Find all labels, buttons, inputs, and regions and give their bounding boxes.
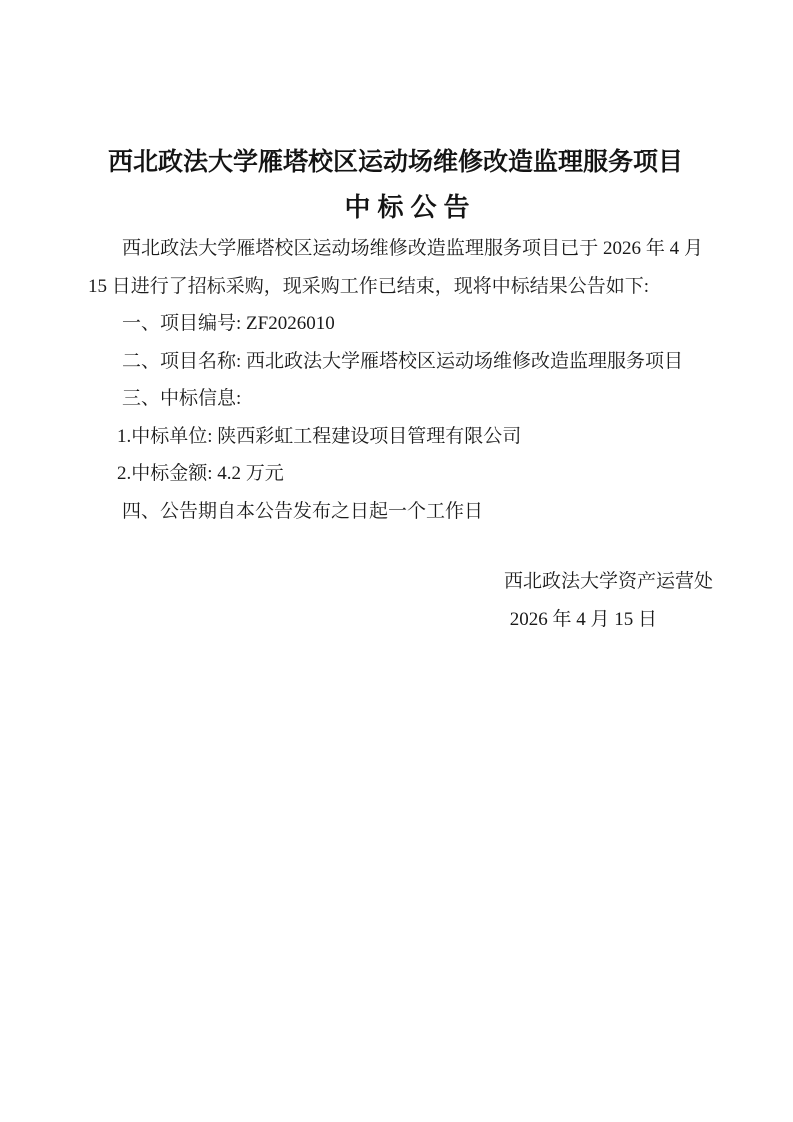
item-award-supplier: 1.中标单位: 陕西彩虹工程建设项目管理有限公司 <box>88 418 703 456</box>
signature-block: 西北政法大学资产运营处 2026 年 4 月 15 日 <box>88 563 713 638</box>
item-award-info-heading: 三、中标信息: <box>88 380 703 418</box>
signature-organization: 西北政法大学资产运营处 <box>88 563 713 601</box>
item-project-number: 一、项目编号: ZF2026010 <box>88 305 703 343</box>
document-page: 西北政法大学雁塔校区运动场维修改造监理服务项目 中标公告 西北政法大学雁塔校区运… <box>0 0 793 1122</box>
document-title: 西北政法大学雁塔校区运动场维修改造监理服务项目 中标公告 <box>88 140 703 230</box>
document-body: 西北政法大学雁塔校区运动场维修改造监理服务项目已于 2026 年 4 月 15 … <box>88 230 703 638</box>
title-line-2: 中标公告 <box>118 185 703 230</box>
intro-paragraph-line-1: 西北政法大学雁塔校区运动场维修改造监理服务项目已于 2026 年 4 月 <box>88 230 703 268</box>
document-content: 西北政法大学雁塔校区运动场维修改造监理服务项目 中标公告 西北政法大学雁塔校区运… <box>88 140 703 638</box>
item-award-amount: 2.中标金额: 4.2 万元 <box>88 455 703 493</box>
item-project-name: 二、项目名称: 西北政法大学雁塔校区运动场维修改造监理服务项目 <box>88 343 703 381</box>
title-line-1: 西北政法大学雁塔校区运动场维修改造监理服务项目 <box>88 140 703 185</box>
intro-paragraph: 西北政法大学雁塔校区运动场维修改造监理服务项目已于 2026 年 4 月 15 … <box>88 230 703 305</box>
signature-date: 2026 年 4 月 15 日 <box>88 601 713 639</box>
intro-paragraph-line-2: 15 日进行了招标采购，现采购工作已结束，现将中标结果公告如下: <box>88 268 703 306</box>
item-announcement-period: 四、公告期自本公告发布之日起一个工作日 <box>88 493 703 531</box>
